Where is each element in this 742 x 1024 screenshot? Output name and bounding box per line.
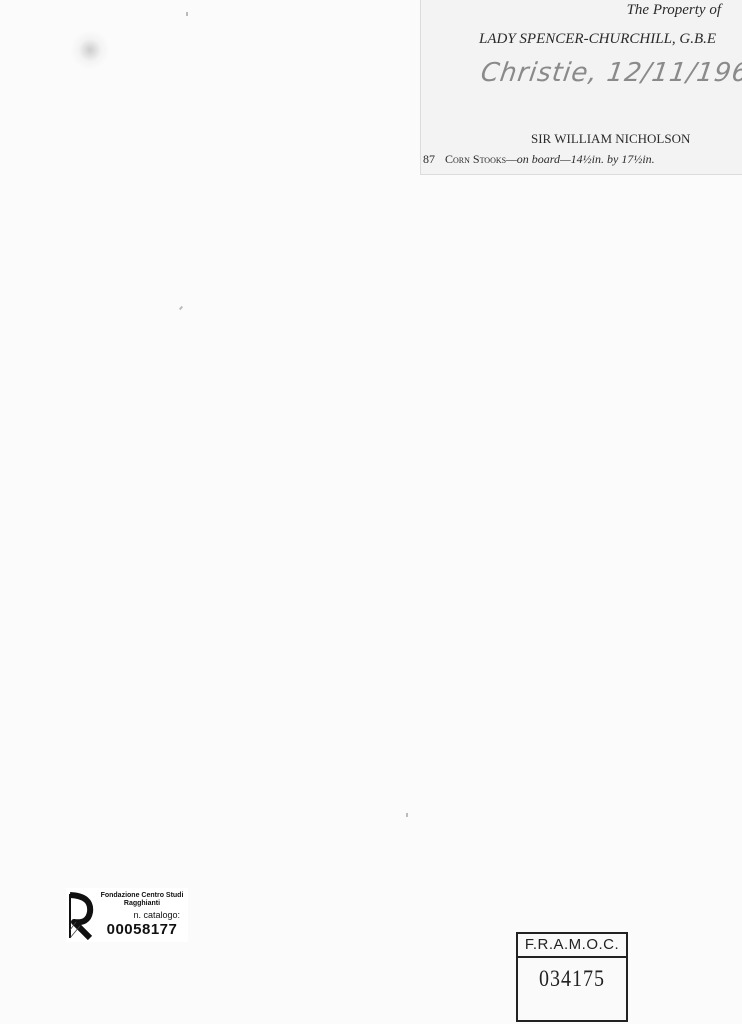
- framoc-number: 034175: [518, 966, 626, 992]
- speck: [186, 12, 188, 16]
- catalog-number: 00058177: [96, 921, 188, 938]
- artwork-title: Corn Stooks: [445, 152, 506, 166]
- artist-name: SIR WILLIAM NICHOLSON: [531, 131, 690, 147]
- lot-description: 87Corn Stooks—on board—14½in. by 17½in.: [423, 152, 655, 167]
- owner-name: LADY SPENCER-CHURCHILL, G.B.E: [479, 31, 716, 48]
- fondazione-catalog-label: Fondazione Centro Studi Ragghianti n. ca…: [66, 888, 188, 942]
- framoc-stamp: F.R.A.M.O.C. 034175: [516, 932, 628, 1022]
- smudge-mark: [62, 22, 118, 78]
- framoc-header: F.R.A.M.O.C.: [518, 934, 626, 958]
- lot-number: 87: [423, 152, 435, 166]
- catalog-label: n. catalogo:: [106, 910, 180, 920]
- institution-name: Fondazione Centro Studi Ragghianti: [96, 892, 188, 908]
- speck: [406, 813, 408, 817]
- handwritten-annotation: Christie, 12/11/1965: [479, 58, 742, 88]
- ragghianti-logo-icon: [68, 892, 94, 940]
- provenance-line: The Property of: [421, 2, 721, 19]
- auction-catalog-clipping: The Property of LADY SPENCER-CHURCHILL, …: [420, 0, 742, 175]
- artwork-details: —on board—14½in. by 17½in.: [506, 152, 655, 166]
- speck: [179, 306, 183, 310]
